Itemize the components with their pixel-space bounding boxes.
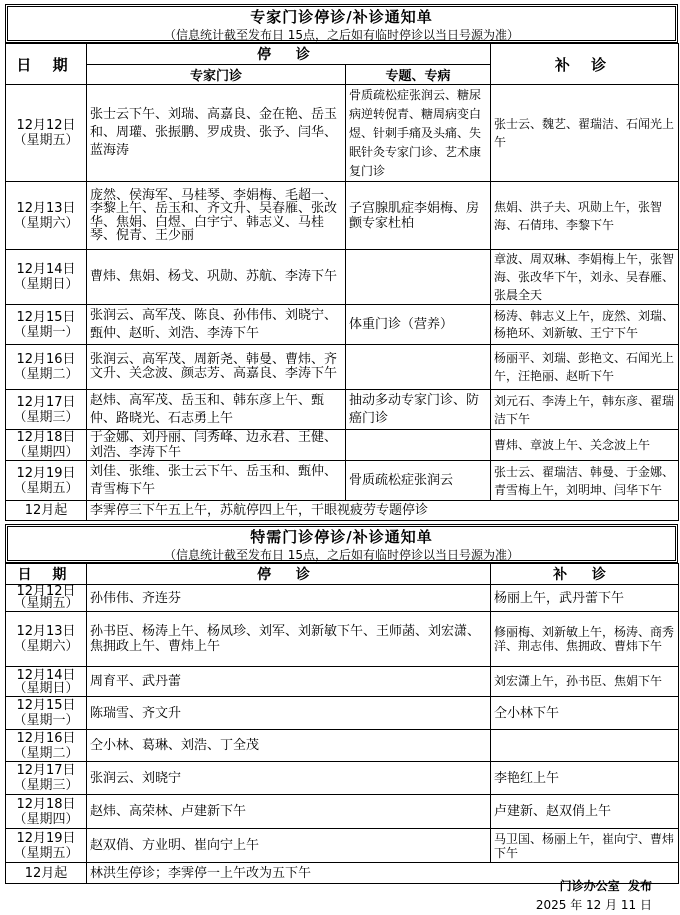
makeup-cell: 张士云、翟瑞洁、韩曼、于金娜、青雪梅上午，刘明坤、闫华下午: [491, 461, 679, 501]
row-date: 12月19日 （星期五）: [6, 461, 87, 501]
weekday-text: （星期四）: [6, 445, 86, 460]
date-text: 12月19日: [6, 466, 86, 481]
weekday-text: （星期五）: [6, 846, 86, 861]
table-row: 12月17日 （星期三） 赵炜、高军茂、岳玉和、韩东彦上午、甄仲、路晓光、石志勇…: [6, 390, 679, 430]
weekday-text: （星期二）: [6, 367, 86, 382]
special-notice-table: 日 期 停 诊 补 诊 12月12日 （星期五） 孙伟伟、齐连芬 杨丽上午，武丹…: [5, 563, 679, 884]
makeup-cell: 章波、周双琳、李娟梅上午，张智海、张改华下午，刘永、吴春雁、张晨全天: [491, 250, 679, 305]
date-text: 12月13日: [6, 201, 86, 216]
special-notice-subtitle: （信息统计截至发布日 15点，之后如有临时停诊以当日号源为准）: [8, 547, 675, 563]
table-row: 12月13日 （星期六） 孙书臣、杨涛上午、杨凤珍、刘军、刘新敏下午、王师菡、刘…: [6, 612, 679, 667]
weekday-text: （星期一）: [6, 713, 86, 728]
expert-notice-title-box: 专家门诊停诊/补诊通知单 （信息统计截至发布日 15点，之后如有临时停诊以当日号…: [5, 4, 678, 43]
date-text: 12月14日: [6, 669, 86, 682]
makeup-cell: 焦娟、洪子夫、巩勋上午，张智海、石倩玮、李黎下午: [491, 182, 679, 250]
special-topic-cell: 子宫腺肌症李娟梅、房颤专家杜柏: [346, 182, 491, 250]
date-text: 12月12日: [6, 118, 86, 133]
date-text: 12月16日: [6, 731, 86, 746]
special-topic-cell: [346, 430, 491, 461]
stop-cell: 仝小林、葛琳、刘浩、丁全茂: [87, 730, 491, 762]
date-text: 12月15日: [6, 698, 86, 713]
expert-notice-title: 专家门诊停诊/补诊通知单: [8, 7, 675, 27]
from-text: 李霁停三下午五上午，苏航停四上午，干眼视疲劳专题停诊: [87, 501, 679, 521]
weekday-text: （星期五）: [6, 133, 86, 148]
weekday-text: （星期五）: [6, 598, 86, 610]
makeup-cell: 曹炜、章波上午、关念波上午: [491, 430, 679, 461]
table-row: 12月19日 （星期五） 赵双俏、方业明、崔向宁上午 马卫国、杨丽上午，崔向宁、…: [6, 829, 679, 863]
from-date: 12月起: [6, 863, 87, 884]
special-topic-cell: [346, 250, 491, 305]
special-topic-cell: 骨质疏松症张润云: [346, 461, 491, 501]
table-row: 12月18日 （星期四） 于金娜、刘丹丽、闫秀峰、边永君、王健、刘浩、李涛下午 …: [6, 430, 679, 461]
expert-clinic-cell: 曹炜、焦娟、杨戈、巩勋、苏航、李涛下午: [87, 250, 346, 305]
weekday-text: （星期日）: [6, 277, 86, 292]
expert-notice: 专家门诊停诊/补诊通知单 （信息统计截至发布日 15点，之后如有临时停诊以当日号…: [5, 4, 678, 521]
table-row: 12月14日 （星期日） 曹炜、焦娟、杨戈、巩勋、苏航、李涛下午 章波、周双琳、…: [6, 250, 679, 305]
makeup-cell: 刘元石、李涛上午，韩东彦、翟瑞洁下午: [491, 390, 679, 430]
table-row: 12月19日 （星期五） 刘佳、张维、张士云下午、岳玉和、甄仲、青雪梅下午 骨质…: [6, 461, 679, 501]
row-date: 12月18日 （星期四）: [6, 430, 87, 461]
weekday-text: （星期六）: [6, 639, 86, 654]
weekday-text: （星期六）: [6, 216, 86, 231]
row-date: 12月12日 （星期五）: [6, 585, 87, 612]
table-row: 12月16日 （星期二） 仝小林、葛琳、刘浩、丁全茂: [6, 730, 679, 762]
table-row: 12月15日 （星期一） 陈瑞雪、齐文升 仝小林下午: [6, 697, 679, 730]
table-row: 12月13日 （星期六） 庞然、侯海军、马桂琴、李娟梅、毛超一、李黎上午、岳玉和…: [6, 182, 679, 250]
special-notice: 特需门诊停诊/补诊通知单 （信息统计截至发布日 15点，之后如有临时停诊以当日号…: [5, 524, 678, 884]
date-text: 12月13日: [6, 624, 86, 639]
expert-clinic-cell: 于金娜、刘丹丽、闫秀峰、边永君、王健、刘浩、李涛下午: [87, 430, 346, 461]
row-date: 12月17日 （星期三）: [6, 390, 87, 430]
row-date: 12月13日 （星期六）: [6, 182, 87, 250]
expert-notice-table: 日 期 停 诊 补 诊 专家门诊 专题、专病 12月12日 （星期五） 张士云下…: [5, 43, 679, 521]
row-date: 12月14日 （星期日）: [6, 667, 87, 697]
makeup-cell: 卢建新、赵双俏上午: [491, 795, 679, 829]
table-row-from: 12月起 李霁停三下午五上午，苏航停四上午，干眼视疲劳专题停诊: [6, 501, 679, 521]
expert-notice-subtitle: （信息统计截至发布日 15点，之后如有临时停诊以当日号源为准）: [8, 27, 675, 43]
table-row: 12月18日 （星期四） 赵炜、高荣林、卢建新下午 卢建新、赵双俏上午: [6, 795, 679, 829]
table-row: 12月15日 （星期一） 张润云、高军茂、陈良、孙伟伟、刘晓宁、甄仲、赵昕、刘浩…: [6, 305, 679, 345]
header-stop: 停 诊: [87, 564, 491, 585]
makeup-cell: 杨丽上午，武丹蕾下午: [491, 585, 679, 612]
row-date: 12月13日 （星期六）: [6, 612, 87, 667]
stop-cell: 陈瑞雪、齐文升: [87, 697, 491, 730]
row-date: 12月15日 （星期一）: [6, 697, 87, 730]
table-row: 12月12日 （星期五） 张士云下午、刘瑞、高嘉良、金在艳、岳玉和、周瓘、张振鹏…: [6, 85, 679, 182]
stop-cell: 赵炜、高荣林、卢建新下午: [87, 795, 491, 829]
date-text: 12月16日: [6, 352, 86, 367]
table-row: 12月12日 （星期五） 孙伟伟、齐连芬 杨丽上午，武丹蕾下午: [6, 585, 679, 612]
special-notice-title-box: 特需门诊停诊/补诊通知单 （信息统计截至发布日 15点，之后如有临时停诊以当日号…: [5, 524, 678, 563]
row-date: 12月14日 （星期日）: [6, 250, 87, 305]
header-date: 日 期: [6, 564, 87, 585]
special-topic-cell: 骨质疏松症张润云、糖尿病逆转倪青、糖周病变白煜、针刺手痛及头痛、失眠针灸专家门诊…: [346, 85, 491, 182]
special-topic-cell: [346, 345, 491, 390]
stop-cell: 张润云、刘晓宁: [87, 762, 491, 795]
weekday-text: （星期一）: [6, 325, 86, 340]
date-text: 12月19日: [6, 831, 86, 846]
makeup-cell: 修丽梅、刘新敏上午，杨涛、商秀洋、荆志伟、焦拥政、曹炜下午: [491, 612, 679, 667]
makeup-cell: 刘宏潇上午，孙书臣、焦娟下午: [491, 667, 679, 697]
header-date: 日 期: [6, 44, 87, 85]
special-topic-cell: 抽动多动专家门诊、防癌门诊: [346, 390, 491, 430]
header-expert-clinic: 专家门诊: [87, 65, 346, 85]
header-makeup: 补 诊: [491, 564, 679, 585]
expert-clinic-cell: 张润云、高军茂、陈良、孙伟伟、刘晓宁、甄仲、赵昕、刘浩、李涛下午: [87, 305, 346, 345]
special-notice-title: 特需门诊停诊/补诊通知单: [8, 527, 675, 547]
table-row: 12月16日 （星期二） 张润云、高军茂、周新尧、韩曼、曹炜、齐文升、关念波、颜…: [6, 345, 679, 390]
weekday-text: （星期二）: [6, 746, 86, 761]
table-row: 12月14日 （星期日） 周育平、武丹蕾 刘宏潇上午，孙书臣、焦娟下午: [6, 667, 679, 697]
date-text: 12月18日: [6, 797, 86, 812]
publish-date: 2025 年 12 月 11 日: [536, 896, 652, 913]
header-special-topic: 专题、专病: [346, 65, 491, 85]
row-date: 12月15日 （星期一）: [6, 305, 87, 345]
weekday-text: （星期三）: [6, 410, 86, 425]
row-date: 12月12日 （星期五）: [6, 85, 87, 182]
row-date: 12月16日 （星期二）: [6, 345, 87, 390]
expert-clinic-cell: 庞然、侯海军、马桂琴、李娟梅、毛超一、李黎上午、岳玉和、齐文升、吴春雁、张改华、…: [87, 182, 346, 250]
row-date: 12月17日 （星期三）: [6, 762, 87, 795]
stop-cell: 周育平、武丹蕾: [87, 667, 491, 697]
weekday-text: （星期日）: [6, 682, 86, 695]
weekday-text: （星期四）: [6, 812, 86, 827]
special-topic-cell: 体重门诊（营养）: [346, 305, 491, 345]
stop-cell: 孙伟伟、齐连芬: [87, 585, 491, 612]
row-date: 12月16日 （星期二）: [6, 730, 87, 762]
stop-cell: 赵双俏、方业明、崔向宁上午: [87, 829, 491, 863]
makeup-cell: [491, 730, 679, 762]
date-text: 12月17日: [6, 395, 86, 410]
makeup-cell: 仝小林下午: [491, 697, 679, 730]
date-text: 12月18日: [6, 430, 86, 445]
date-text: 12月17日: [6, 763, 86, 778]
publisher-line: 门诊办公室 发布: [560, 877, 652, 894]
expert-clinic-cell: 张润云、高军茂、周新尧、韩曼、曹炜、齐文升、关念波、颜志芳、高嘉良、李涛下午: [87, 345, 346, 390]
makeup-cell: 杨涛、韩志义上午，庞然、刘瑞、杨艳环、刘新敏、王宁下午: [491, 305, 679, 345]
date-text: 12月14日: [6, 262, 86, 277]
makeup-cell: 张士云、魏艺、翟瑞洁、石闻光上午: [491, 85, 679, 182]
expert-clinic-cell: 刘佳、张维、张士云下午、岳玉和、甄仲、青雪梅下午: [87, 461, 346, 501]
from-date: 12月起: [6, 501, 87, 521]
weekday-text: （星期三）: [6, 778, 86, 793]
header-makeup: 补 诊: [491, 44, 679, 85]
stop-cell: 孙书臣、杨涛上午、杨凤珍、刘军、刘新敏下午、王师菡、刘宏潇、焦拥政上午、曹炜上午: [87, 612, 491, 667]
header-stop: 停 诊: [87, 44, 491, 65]
row-date: 12月18日 （星期四）: [6, 795, 87, 829]
weekday-text: （星期五）: [6, 481, 86, 496]
makeup-cell: 杨丽平、刘瑞、彭艳文、石闻光上午，汪艳丽、赵昕下午: [491, 345, 679, 390]
date-text: 12月15日: [6, 310, 86, 325]
table-row: 12月17日 （星期三） 张润云、刘晓宁 李艳红上午: [6, 762, 679, 795]
expert-clinic-cell: 赵炜、高军茂、岳玉和、韩东彦上午、甄仲、路晓光、石志勇上午: [87, 390, 346, 430]
makeup-cell: 李艳红上午: [491, 762, 679, 795]
makeup-cell: 马卫国、杨丽上午，崔向宁、曹炜下午: [491, 829, 679, 863]
row-date: 12月19日 （星期五）: [6, 829, 87, 863]
expert-clinic-cell: 张士云下午、刘瑞、高嘉良、金在艳、岳玉和、周瓘、张振鹏、罗成贵、张予、闫华、蓝海…: [87, 85, 346, 182]
